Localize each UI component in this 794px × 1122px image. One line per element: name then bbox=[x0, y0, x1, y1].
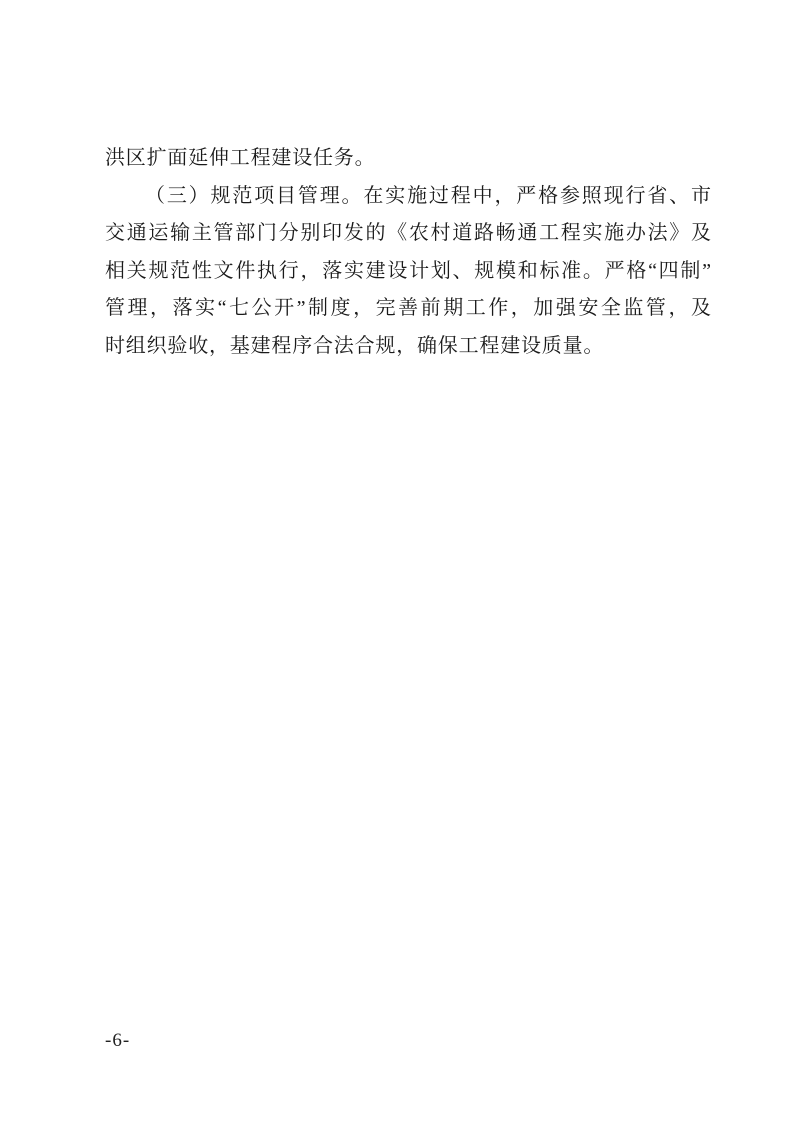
body-line: 相关规范性文件执行，落实建设计划、规模和标准。严格“四制” bbox=[105, 253, 711, 291]
body-text: 洪区扩面延伸工程建设任务。 （三）规范项目管理。在实施过程中，严格参照现行省、市… bbox=[105, 140, 711, 365]
body-line-paragraph-continuation: 洪区扩面延伸工程建设任务。 bbox=[105, 140, 711, 178]
body-line: 交通运输主管部门分别印发的《农村道路畅通工程实施办法》及 bbox=[105, 215, 711, 253]
body-line-item-heading: （三）规范项目管理。在实施过程中，严格参照现行省、市 bbox=[105, 178, 711, 216]
page-number: -6- bbox=[105, 1030, 130, 1052]
body-line-paragraph-end: 时组织验收，基建程序合法合规，确保工程建设质量。 bbox=[105, 328, 711, 366]
document-page: 洪区扩面延伸工程建设任务。 （三）规范项目管理。在实施过程中，严格参照现行省、市… bbox=[0, 0, 794, 1122]
body-line: 管理，落实“七公开”制度，完善前期工作，加强安全监管，及 bbox=[105, 290, 711, 328]
